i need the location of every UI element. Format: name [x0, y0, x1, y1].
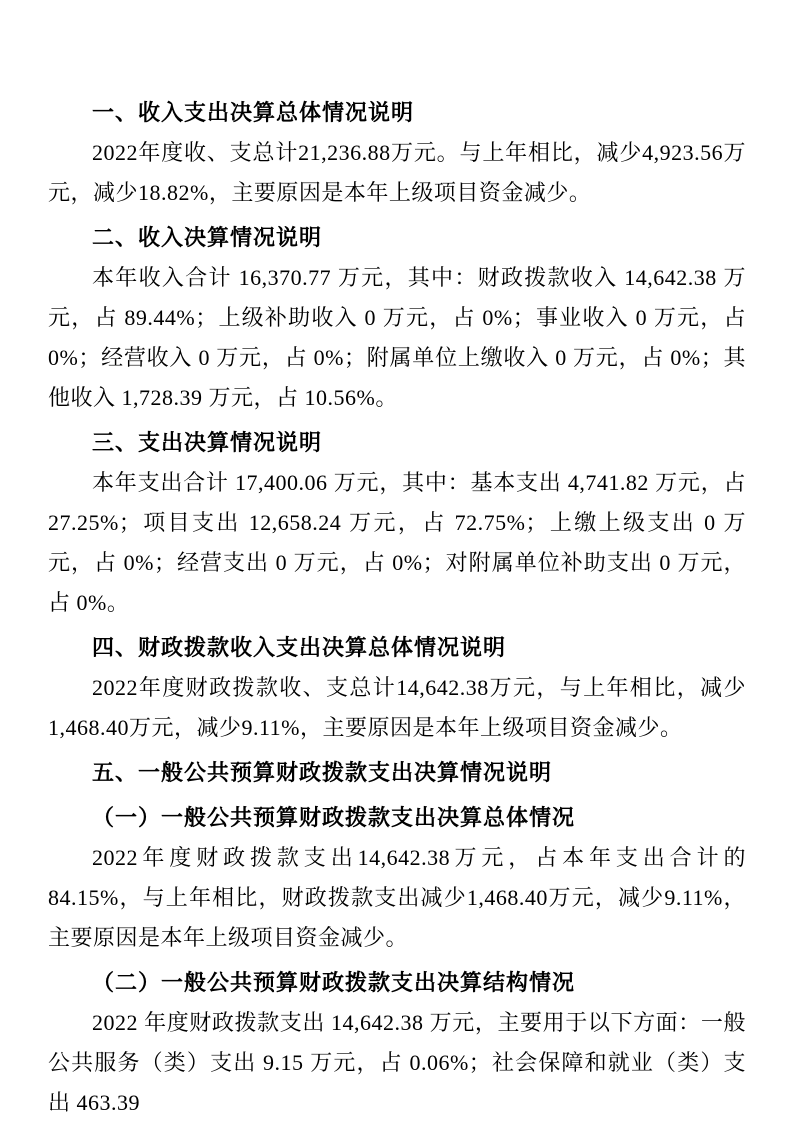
section-heading-income-final-accounts: 二、收入决算情况说明 [48, 218, 746, 258]
section-heading-fiscal-appropriation-overview: 四、财政拨款收入支出决算总体情况说明 [48, 628, 746, 668]
subsection-paragraph-general-public-budget-overall: 2022年度财政拨款支出14,642.38万元，占本年支出合计的84.15%，与… [48, 838, 746, 958]
subsection-heading-general-public-budget-structure: （二）一般公共预算财政拨款支出决算结构情况 [48, 963, 746, 1003]
subsection-heading-general-public-budget-overall: （一）一般公共预算财政拨款支出决算总体情况 [48, 798, 746, 838]
subsection-paragraph-general-public-budget-structure: 2022 年度财政拨款支出 14,642.38 万元，主要用于以下方面：一般公共… [48, 1003, 746, 1122]
document-page: 一、收入支出决算总体情况说明 2022年度收、支总计21,236.88万元。与上… [0, 0, 793, 1122]
section-heading-general-public-budget-expenditure: 五、一般公共预算财政拨款支出决算情况说明 [48, 753, 746, 793]
section-heading-income-expenditure-overview: 一、收入支出决算总体情况说明 [48, 93, 746, 133]
section-paragraph-expenditure-final-accounts: 本年支出合计 17,400.06 万元，其中：基本支出 4,741.82 万元，… [48, 463, 746, 623]
section-paragraph-fiscal-appropriation-overview: 2022年度财政拨款收、支总计14,642.38万元，与上年相比，减少1,468… [48, 668, 746, 748]
section-paragraph-income-final-accounts: 本年收入合计 16,370.77 万元，其中：财政拨款收入 14,642.38 … [48, 258, 746, 418]
section-paragraph-income-expenditure-overview: 2022年度收、支总计21,236.88万元。与上年相比，减少4,923.56万… [48, 133, 746, 213]
section-heading-expenditure-final-accounts: 三、支出决算情况说明 [48, 423, 746, 463]
